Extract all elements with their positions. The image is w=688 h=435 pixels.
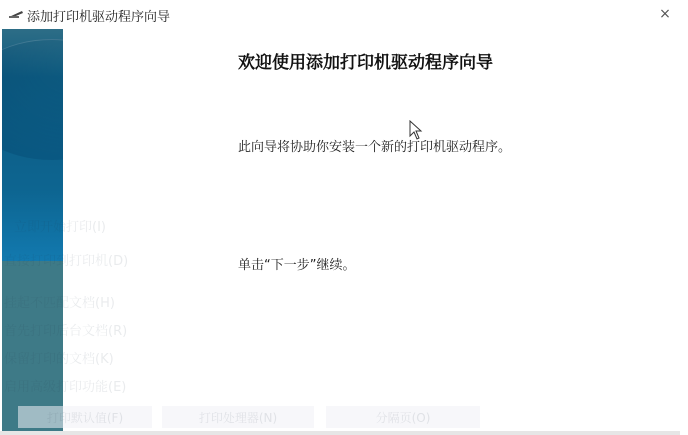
ghost-button: 打印默认值(F) (18, 406, 152, 428)
ghost-button: 打印处理器(N) (162, 406, 314, 428)
ghost-button: 分隔页(O) (326, 406, 480, 428)
continue-hint: 单击“下一步”继续。 (238, 254, 355, 273)
ghost-option: 挂起不匹配文档(H) (4, 292, 115, 311)
title-bar: 添加打印机驱动程序向导 × (0, 0, 688, 29)
close-button[interactable]: × (650, 2, 680, 26)
ghost-option: 立即开始打印(I) (14, 216, 106, 235)
bottom-edge (0, 431, 680, 435)
printer-driver-icon (8, 9, 24, 19)
wizard-heading: 欢迎使用添加打印机驱动程序向导 (238, 48, 493, 73)
ghost-option: 启用高级打印功能(E) (4, 376, 126, 395)
ghost-option: 保留打印的文档(K) (4, 348, 114, 367)
ghost-option: 直接打印到打印机(D) (4, 250, 128, 269)
ghost-option: 首先打印后台文档(R) (4, 320, 127, 339)
wizard-description: 此向导将协助你安装一个新的打印机驱动程序。 (238, 136, 511, 155)
close-icon: × (659, 6, 671, 22)
window-title: 添加打印机驱动程序向导 (27, 6, 170, 25)
mouse-pointer-icon (409, 120, 423, 140)
banner-decoration (2, 39, 63, 160)
